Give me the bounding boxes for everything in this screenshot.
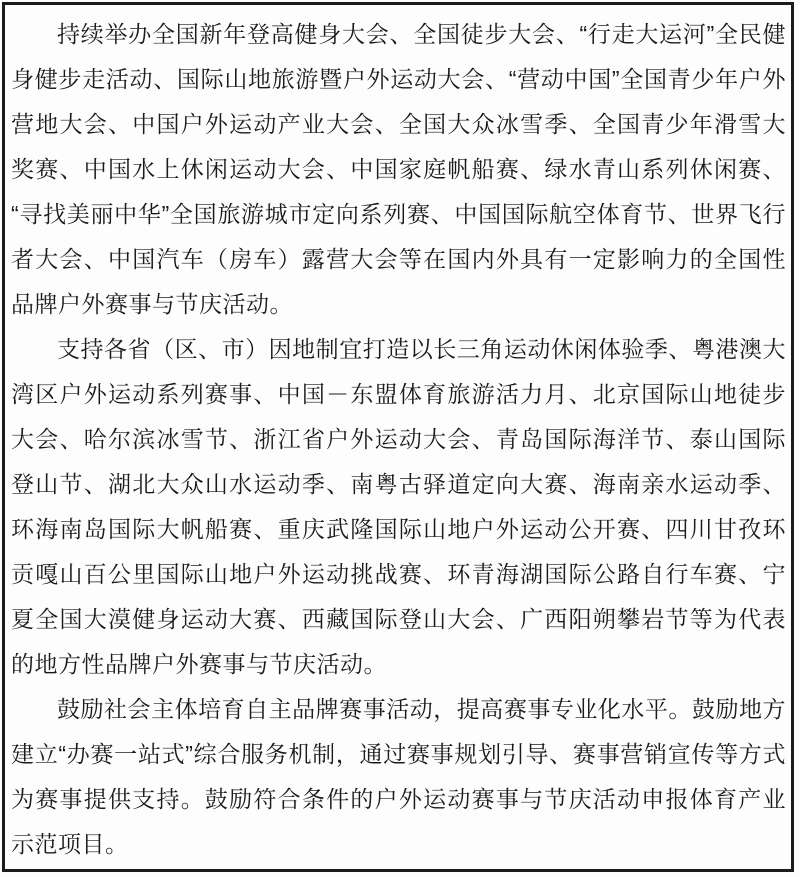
paragraph-national-events: 持续举办全国新年登高健身大会、全国徒步大会、“行走大运河”全民健身健步走活动、国…	[11, 12, 786, 327]
document-page: 持续举办全国新年登高健身大会、全国徒步大会、“行走大运河”全民健身健步走活动、国…	[0, 0, 800, 877]
paragraph-regional-events: 支持各省（区、市）因地制宜打造以长三角运动休闲体验季、粤港澳大湾区户外运动系列赛…	[11, 327, 786, 687]
document-border-frame: 持续举办全国新年登高健身大会、全国徒步大会、“行走大运河”全民健身健步走活动、国…	[2, 2, 794, 872]
paragraph-encourage-brands: 鼓励社会主体培育自主品牌赛事活动，提高赛事专业化水平。鼓励地方建立“办赛一站式”…	[11, 687, 786, 867]
